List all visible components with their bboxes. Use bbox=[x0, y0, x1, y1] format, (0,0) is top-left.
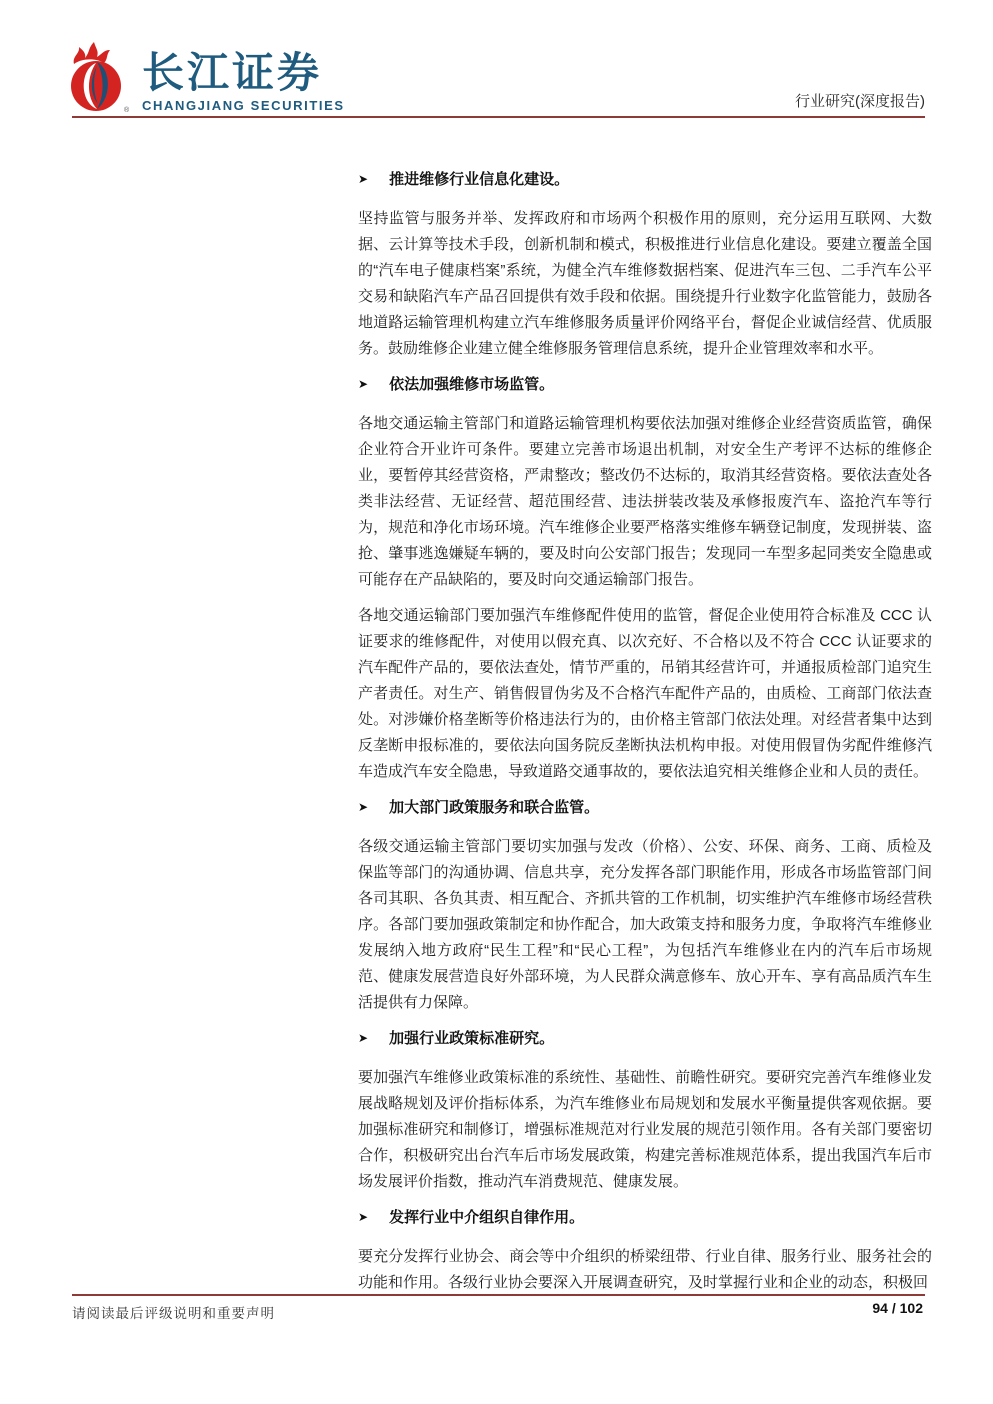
body-paragraph: 要加强汽车维修业政策标准的系统性、基础性、前瞻性研究。要研究完善汽车维修业发展战… bbox=[358, 1065, 932, 1195]
bullet-heading: ➤加大部门政策服务和联合监管。 bbox=[358, 795, 932, 821]
bullet-arrow-icon: ➤ bbox=[358, 794, 368, 820]
bullet-arrow-icon: ➤ bbox=[358, 1025, 368, 1051]
logo-english-name: CHANGJIANG SECURITIES bbox=[142, 99, 345, 112]
footer-divider bbox=[72, 1294, 925, 1296]
footer-disclaimer: 请阅读最后评级说明和重要声明 bbox=[72, 1302, 275, 1322]
trademark-symbol: ® bbox=[124, 106, 130, 114]
page-number: 94 / 102 bbox=[872, 1300, 923, 1316]
bullet-arrow-icon: ➤ bbox=[358, 1204, 368, 1230]
report-page: ® 长江证券 CHANGJIANG SECURITIES 行业研究(深度报告) … bbox=[0, 0, 993, 1404]
body-paragraph: 坚持监管与服务并举、发挥政府和市场两个积极作用的原则，充分运用互联网、大数据、云… bbox=[358, 206, 932, 362]
bullet-arrow-icon: ➤ bbox=[358, 166, 368, 192]
bullet-heading: ➤加强行业政策标准研究。 bbox=[358, 1026, 932, 1052]
bullet-heading-text: 发挥行业中介组织自律作用。 bbox=[389, 1205, 584, 1231]
bullet-heading: ➤推进维修行业信息化建设。 bbox=[358, 167, 932, 193]
body-paragraph: 各地交通运输主管部门和道路运输管理机构要依法加强对维修企业经营资质监管，确保企业… bbox=[358, 411, 932, 593]
logo-chinese-name: 长江证券 bbox=[142, 53, 345, 95]
header-divider bbox=[72, 116, 925, 118]
bullet-heading-text: 加大部门政策服务和联合监管。 bbox=[389, 795, 599, 821]
bullet-heading-text: 推进维修行业信息化建设。 bbox=[389, 167, 569, 193]
bullet-heading-text: 依法加强维修市场监管。 bbox=[389, 372, 554, 398]
changjiang-securities-emblem-icon: ® bbox=[66, 38, 134, 114]
report-category-label: 行业研究(深度报告) bbox=[795, 90, 925, 111]
content-column: ➤推进维修行业信息化建设。坚持监管与服务并举、发挥政府和市场两个积极作用的原则，… bbox=[358, 164, 932, 1306]
body-paragraph: 各地交通运输部门要加强汽车维修配件使用的监管，督促企业使用符合标准及 CCC 认… bbox=[358, 603, 932, 785]
company-logo: ® 长江证券 CHANGJIANG SECURITIES bbox=[66, 38, 345, 114]
bullet-heading: ➤依法加强维修市场监管。 bbox=[358, 372, 932, 398]
bullet-arrow-icon: ➤ bbox=[358, 371, 368, 397]
body-paragraph: 要充分发挥行业协会、商会等中介组织的桥梁纽带、行业自律、服务行业、服务社会的功能… bbox=[358, 1244, 932, 1296]
bullet-heading-text: 加强行业政策标准研究。 bbox=[389, 1026, 554, 1052]
body-paragraph: 各级交通运输主管部门要切实加强与发改（价格）、公安、环保、商务、工商、质检及保监… bbox=[358, 834, 932, 1016]
logo-text: 长江证券 CHANGJIANG SECURITIES bbox=[142, 53, 345, 114]
bullet-heading: ➤发挥行业中介组织自律作用。 bbox=[358, 1205, 932, 1231]
